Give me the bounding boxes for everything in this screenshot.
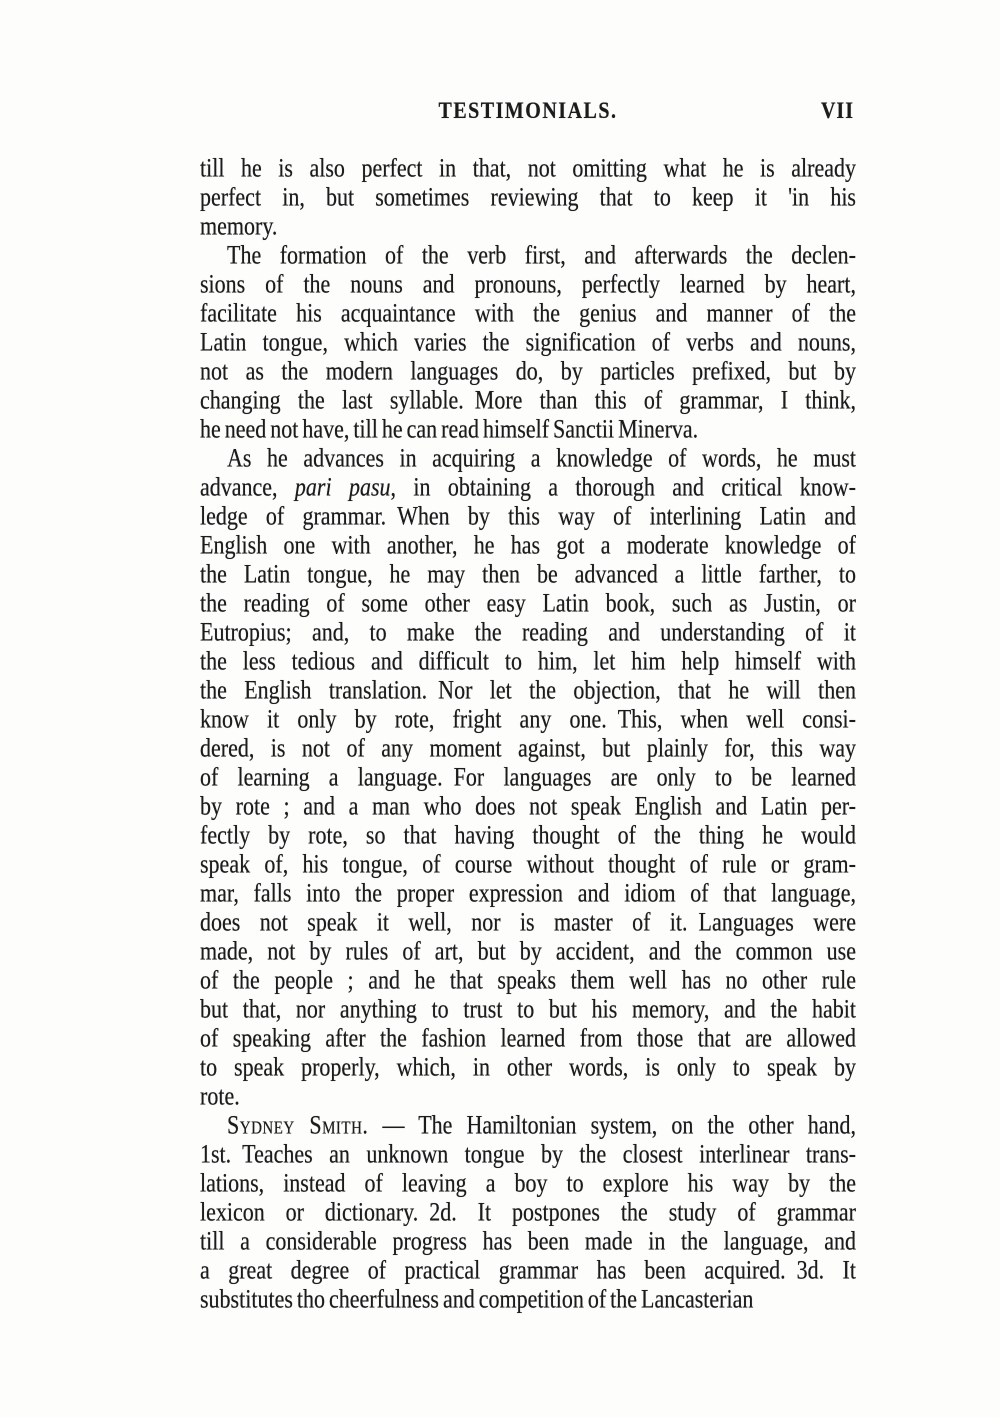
running-head: TESTIMONIALS. VII xyxy=(200,100,856,128)
speaker-name: Sydney Smith. xyxy=(227,1110,368,1140)
book-page: TESTIMONIALS. VII till he is also perfec… xyxy=(0,0,1000,1418)
running-header-title: TESTIMONIALS. xyxy=(200,98,856,124)
paragraph-4: Sydney Smith. — The Hamiltonian system, … xyxy=(200,1110,856,1313)
page-body-text: till he is also perfect in that, not omi… xyxy=(200,153,856,1313)
text-block: TESTIMONIALS. VII till he is also perfec… xyxy=(200,100,856,1313)
page-number: VII xyxy=(821,98,854,124)
text-line: substitutes tho cheerfulness and competi… xyxy=(200,1281,856,1315)
paragraph-1: till he is also perfect in that, not omi… xyxy=(200,153,856,240)
italic-phrase: pari pasu xyxy=(295,472,391,502)
paragraph-3: As he advances in acquiring a knowledge … xyxy=(200,443,856,1110)
paragraph-2: The formation of the verb first, and aft… xyxy=(200,240,856,443)
